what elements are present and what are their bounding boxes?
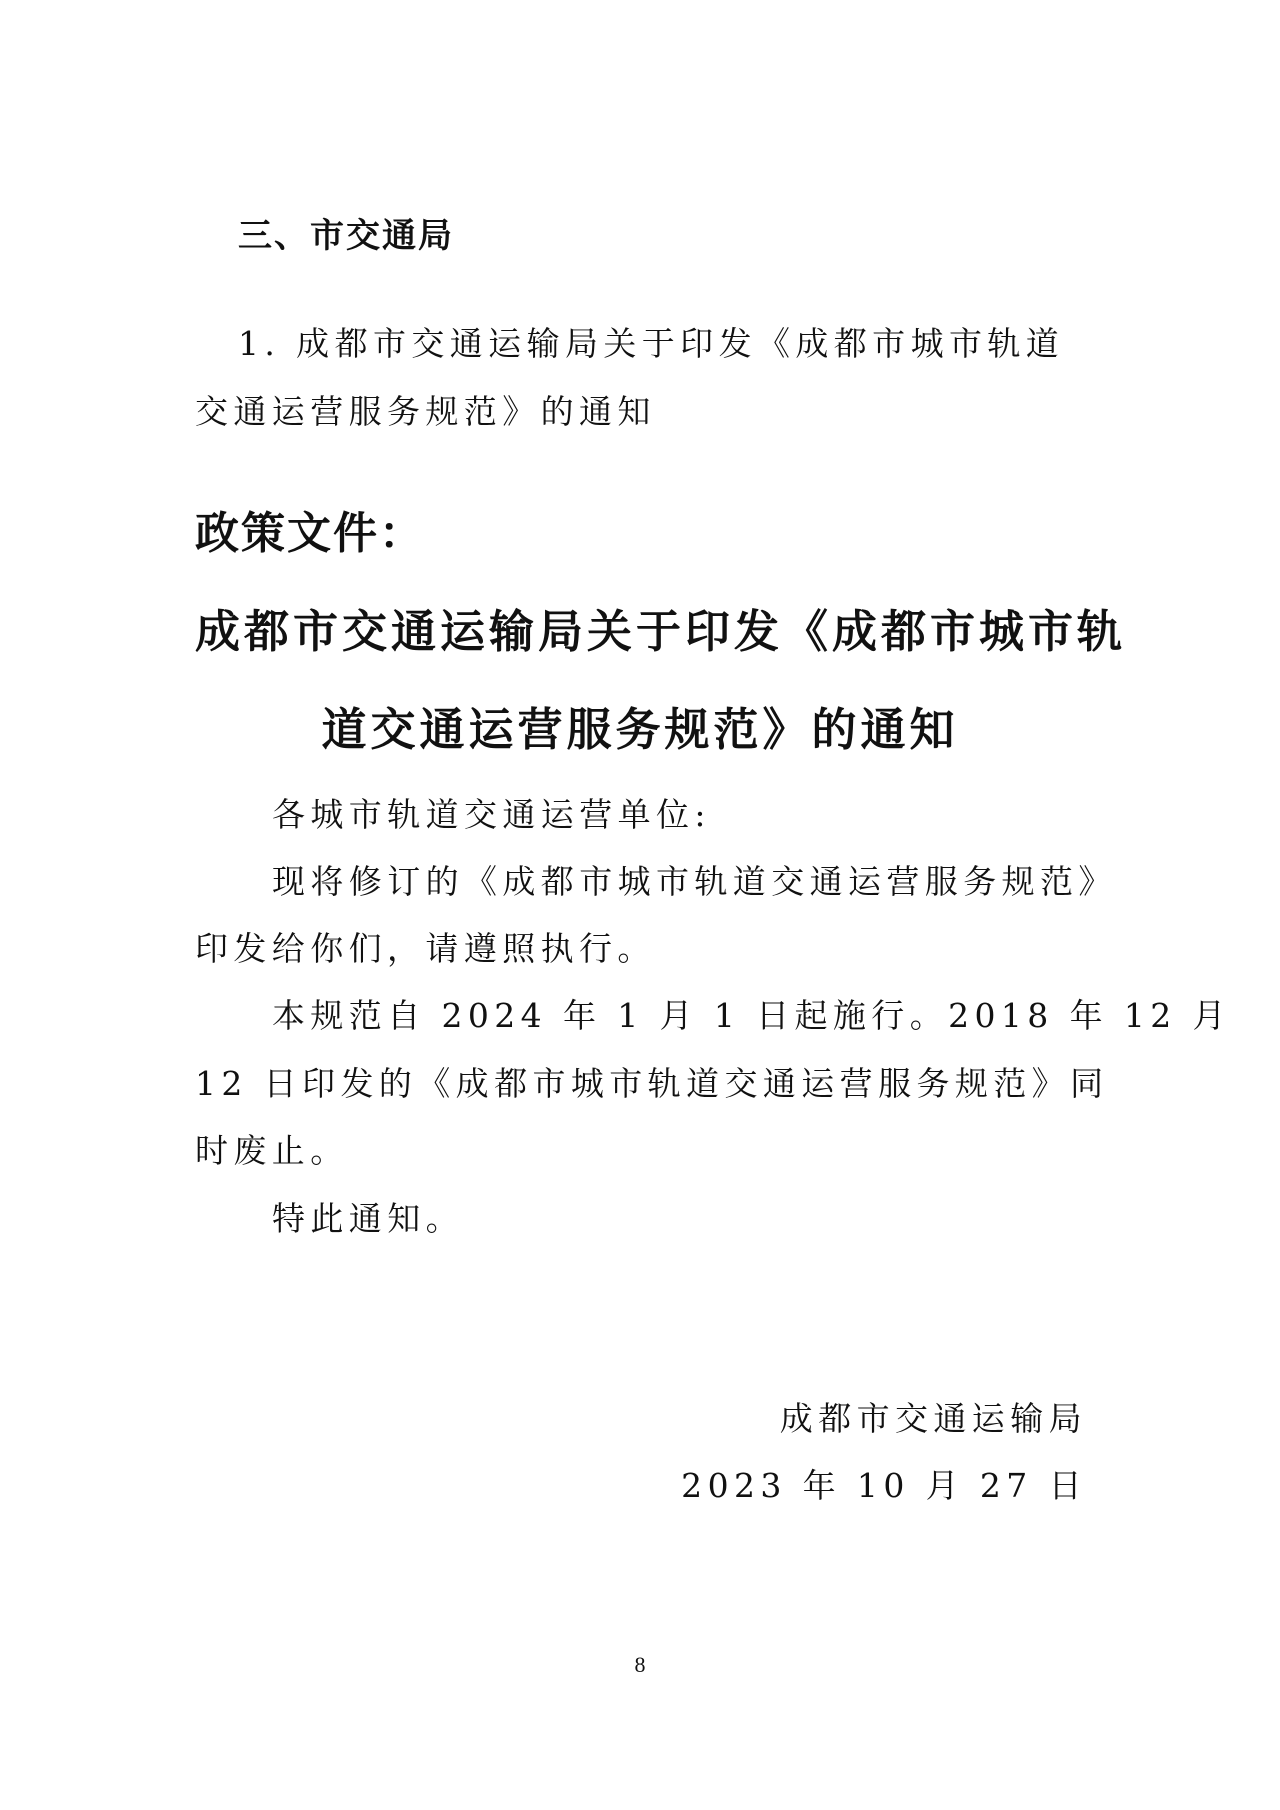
salutation: 各城市轨道交通运营单位: xyxy=(272,789,711,836)
document-title-line-2: 道交通运营服务规范》的通知 xyxy=(0,693,1280,758)
section-heading: 三、市交通局 xyxy=(238,208,454,257)
list-item-line-1: 1. 成都市交通运输局关于印发《成都市城市轨道 xyxy=(238,318,1064,365)
paragraph-2-line-2: 12 日印发的《成都市城市轨道交通运营服务规范》同 xyxy=(195,1058,1108,1105)
paragraph-1-line-1: 现将修订的《成都市城市轨道交通运营服务规范》 xyxy=(272,856,1117,903)
signature-organization: 成都市交通运输局 xyxy=(780,1393,1087,1440)
document-page: 三、市交通局 1. 成都市交通运输局关于印发《成都市城市轨道 交通运营服务规范》… xyxy=(0,0,1280,1810)
page-number: 8 xyxy=(0,1652,1280,1678)
paragraph-2-line-3: 时废止。 xyxy=(195,1125,349,1172)
policy-label: 政策文件： xyxy=(195,497,425,561)
document-title-line-1: 成都市交通运输局关于印发《成都市城市轨 xyxy=(195,595,1126,660)
list-item-line-2: 交通运营服务规范》的通知 xyxy=(195,386,656,433)
signature-date: 2023 年 10 月 27 日 xyxy=(681,1460,1087,1507)
paragraph-1-line-2: 印发给你们，请遵照执行。 xyxy=(195,923,656,970)
paragraph-2-line-1: 本规范自 2024 年 1 月 1 日起施行。2018 年 12 月 xyxy=(272,990,1231,1037)
closing-line: 特此通知。 xyxy=(272,1193,464,1240)
